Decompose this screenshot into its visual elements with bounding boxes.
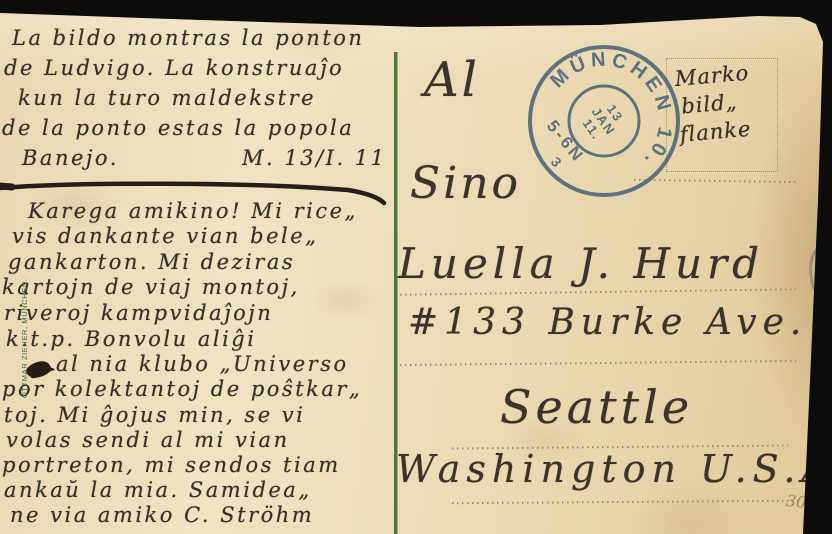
message-line: al nia klubo „Universo [56,354,349,375]
address-honorific: Sino [410,162,521,206]
postcard-back: La bildo montras la ponton de Ludvigo. L… [0,0,832,534]
message-line: portreton, mi sendos tiam [2,455,341,476]
address-rule [400,288,796,296]
message-line: gankarton. Mi deziras [8,252,295,273]
picture-note-line: kun la turo maldekstre [18,88,316,109]
pencil-note: 30 [785,491,807,512]
picture-note-line: La bildo montras la ponton [12,28,364,49]
stamp-box-line: flanke [679,116,780,146]
stamp-box-line: Marko [674,60,775,90]
stamp-box-line: bild„ [681,88,778,117]
message-line: toj. Mi ĝojus min, se vi [4,405,305,426]
message-line: k.t.p. Bonvolu aliĝi [6,329,256,350]
publisher-imprint: OTTMAR ZIEHER, MÜNCHEN. [20,260,32,398]
picture-note-line: de la ponto estas la popola [2,118,354,139]
message-line: ankaŭ la mia. Samidea„ [4,480,312,501]
message-line: volas sendi al mi vian [6,430,290,451]
address-street: #133 Burke Ave. [408,305,807,341]
message-line: kartojn de viaj montoj, [2,277,300,298]
message-line: riveroj kampvidaĵojn [4,303,273,324]
address-rule [452,500,798,504]
address-city: Seattle [500,384,693,430]
picture-note-line: de Ludvigo. La konstruaĵo [4,58,344,79]
postmark-dispatch: 3 [548,154,565,170]
address-rule [400,360,796,366]
message-line: vis dankante vian bele„ [12,226,319,247]
postcard-scan: La bildo montras la ponton de Ludvigo. L… [0,0,832,534]
message-line: por kolektantoj de poŝtkar„ [2,379,362,400]
address-salutation: Al [424,56,480,104]
message-line: ne via amiko C. Ströhm [10,505,314,526]
address-region: Washington U.S.A [396,450,832,488]
postmark-stamp: MÜNCHEN 10. 5-6N 3 13 JAN 11. [519,36,689,206]
picture-note-line: Banejo. [22,148,119,169]
note-date: M. 13/I. 11 [242,148,387,169]
stray-cancel-arc [804,234,832,292]
message-line: Karega amikino! Mi rice„ [28,201,358,222]
address-name: Luella J. Hurd [398,243,764,285]
